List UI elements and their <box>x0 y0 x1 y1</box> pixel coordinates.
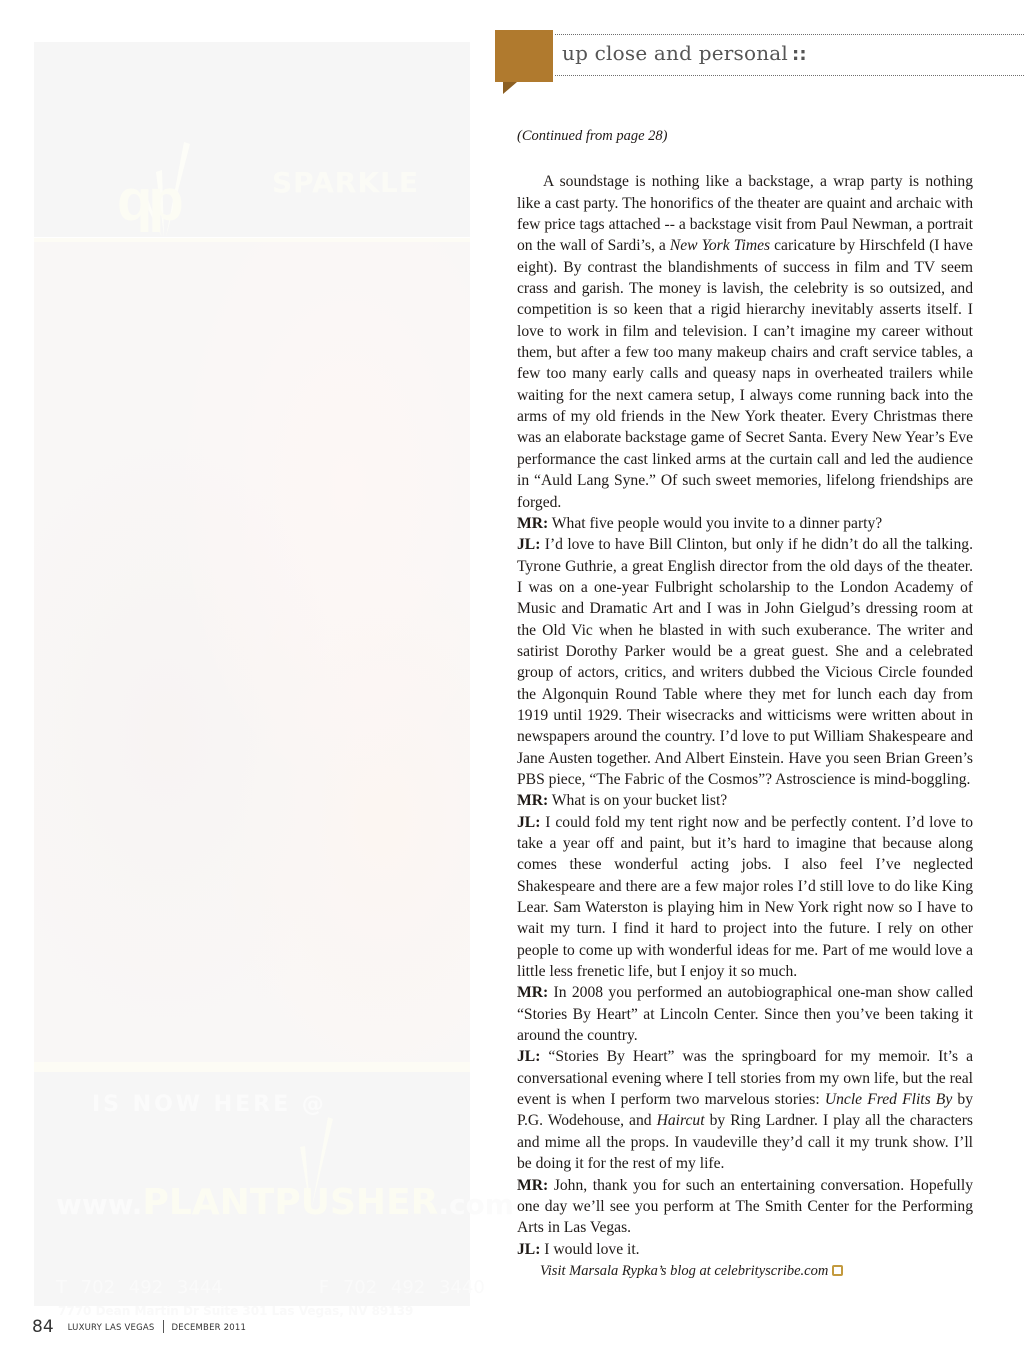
ad-fax: F 702 492 3440 <box>319 1277 485 1298</box>
section-tab-tail <box>503 82 517 94</box>
ad-url-brand: PLANTPUSHER <box>142 1182 438 1223</box>
qa-text: What five people would you invite to a d… <box>548 515 882 532</box>
advertisement: qp SPARKLE IS NOW HERE @ www.PLANTPUSHER… <box>34 42 470 1306</box>
issue-date: DECEMBER 2011 <box>172 1323 247 1333</box>
qa-text: I could fold my tent right now and be pe… <box>517 814 973 980</box>
qa-item: JL: I would love it. <box>517 1239 973 1260</box>
signoff-text: Visit Marsala Rypka’s blog at celebritys… <box>540 1263 828 1279</box>
ad-headline: IS NOW HERE @ <box>92 1092 327 1117</box>
ad-contact: T 702 492 3444 F 702 492 3440 <box>56 1277 485 1298</box>
qa-text: I’d love to have Bill Clinton, but only … <box>517 536 973 788</box>
qa-item: JL: “Stories By Heart” was the springboa… <box>517 1046 973 1174</box>
ad-logo: qp <box>117 167 180 234</box>
page-number: 84 <box>32 1317 54 1337</box>
ad-divider <box>34 1062 470 1072</box>
qa-item: JL: I could fold my tent right now and b… <box>517 812 973 983</box>
speaker-label: MR: <box>517 1177 548 1194</box>
ad-url-suffix: .com <box>438 1188 514 1221</box>
story-title: Haircut <box>657 1112 705 1129</box>
ad-url-prefix: www. <box>56 1188 142 1221</box>
qa-item: MR: In 2008 you performed an autobiograp… <box>517 982 973 1046</box>
end-mark-icon <box>832 1265 843 1276</box>
ad-photo <box>34 242 470 1062</box>
text-run: caricature by Hirschfeld (I have eight).… <box>517 237 973 510</box>
publication-title: New York Times <box>670 237 770 254</box>
speaker-label: JL: <box>517 1241 540 1258</box>
speaker-label: MR: <box>517 515 548 532</box>
speaker-label: JL: <box>517 814 540 831</box>
ad-tagline: SPARKLE <box>272 166 419 199</box>
dotted-rule <box>555 34 1024 35</box>
qa-item: MR: John, thank you for such an entertai… <box>517 1175 973 1239</box>
folio-divider <box>163 1320 164 1333</box>
article-body: (Continued from page 28) A soundstage is… <box>517 126 973 1282</box>
section-separator: :: <box>792 44 807 65</box>
intro-paragraph: A soundstage is nothing like a backstage… <box>517 171 973 513</box>
speaker-label: JL: <box>517 536 540 553</box>
ad-phone: T 702 492 3444 <box>56 1277 223 1298</box>
section-tab-icon <box>495 30 553 82</box>
ad-website: www.PLANTPUSHER.com <box>56 1182 514 1223</box>
speaker-label: MR: <box>517 792 548 809</box>
ad-top-band <box>34 42 470 237</box>
section-title: up close and personal:: <box>562 41 807 65</box>
qa-item: JL: I’d love to have Bill Clinton, but o… <box>517 534 973 790</box>
story-title: Uncle Fred Flits By <box>825 1091 952 1108</box>
dotted-rule <box>555 75 1024 76</box>
author-signoff: Visit Marsala Rypka’s blog at celebritys… <box>517 1261 973 1282</box>
folio: 84LUXURY LAS VEGASDECEMBER 2011 <box>32 1317 246 1337</box>
qa-text: John, thank you for such an entertaining… <box>517 1177 973 1237</box>
qa-text: What is on your bucket list? <box>548 792 727 809</box>
section-title-text: up close and personal <box>562 41 788 65</box>
continued-note: (Continued from page 28) <box>517 126 973 147</box>
ad-address: 7770 Dean Martin Dr Suite 301 Las Vegas,… <box>58 1304 413 1318</box>
qa-text: I would love it. <box>540 1241 639 1258</box>
speaker-label: JL: <box>517 1048 540 1065</box>
qa-item: MR: What five people would you invite to… <box>517 513 973 534</box>
speaker-label: MR: <box>517 984 548 1001</box>
qa-text: In 2008 you performed an autobiographica… <box>517 984 973 1044</box>
qa-item: MR: What is on your bucket list? <box>517 790 973 811</box>
magazine-name: LUXURY LAS VEGAS <box>68 1323 155 1333</box>
